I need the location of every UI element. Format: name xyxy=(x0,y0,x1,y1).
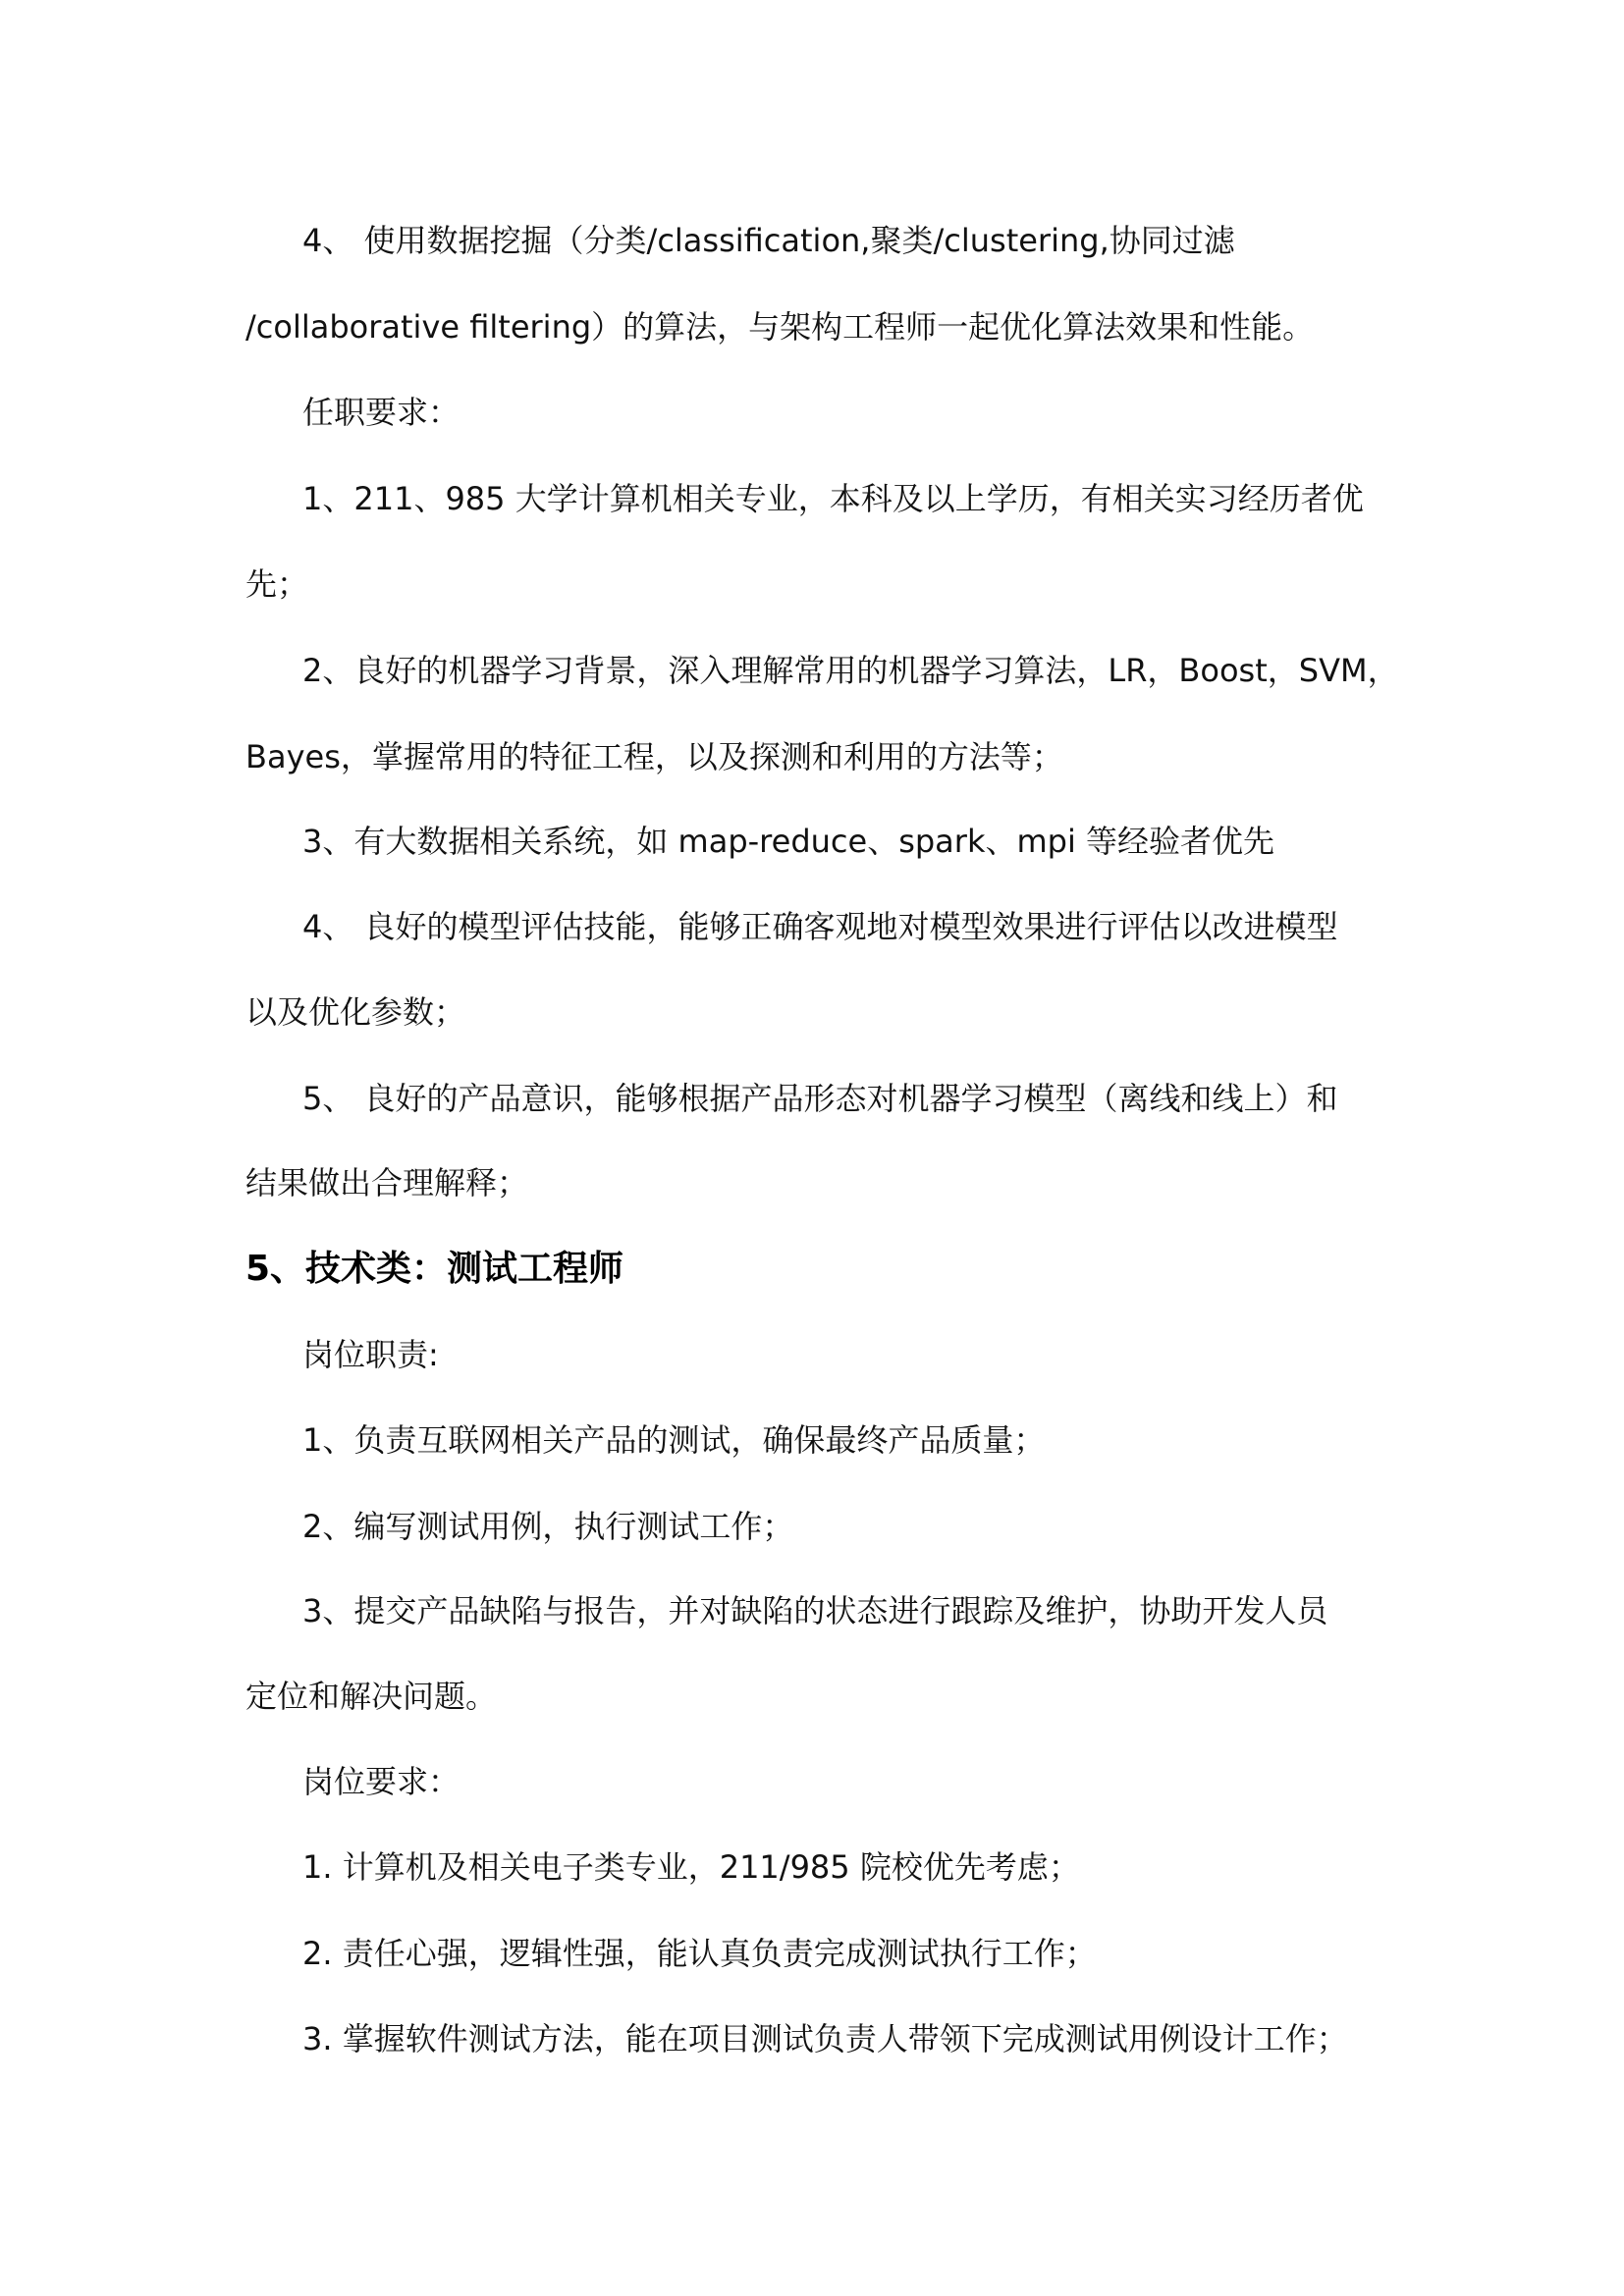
paragraph-line: 1、负责互联网相关产品的测试，确保最终产品质量； xyxy=(302,1397,1045,1483)
paragraph-line: 2、良好的机器学习背景，深入理解常用的机器学习算法，LR，Boost，SVM， xyxy=(302,627,1399,714)
paragraph-line: 结果做出合理解释； xyxy=(245,1140,528,1226)
paragraph-line: 以及优化参数； xyxy=(245,969,465,1055)
paragraph-line: 1、211、985 大学计算机相关专业，本科及以上学历，有相关实习经历者优 xyxy=(302,455,1364,542)
requirements-label: 任职要求： xyxy=(302,369,460,455)
paragraph-line: 2. 责任心强，逻辑性强，能认真负责完成测试执行工作； xyxy=(302,1910,1097,1997)
duties-label: 岗位职责: xyxy=(302,1311,439,1398)
paragraph-line: 1. 计算机及相关电子类专业，211/985 院校优先考虑； xyxy=(302,1824,1080,1910)
paragraph-line: 先； xyxy=(245,541,308,627)
paragraph-line: 3、有大数据相关系统，如 map-reduce、spark、mpi 等经验者优先 xyxy=(302,798,1274,884)
paragraph-line: 3、提交产品缺陷与报告，并对缺陷的状态进行跟踪及维护，协助开发人员 xyxy=(302,1568,1327,1654)
paragraph-line: 4、 使用数据挖掘（分类/classification,聚类/clusterin… xyxy=(302,197,1235,284)
paragraph-line: /collaborative filtering）的算法，与架构工程师一起优化算… xyxy=(245,284,1314,370)
paragraph-line: Bayes，掌握常用的特征工程，以及探测和利用的方法等； xyxy=(245,714,1063,800)
paragraph-line: 4、 良好的模型评估技能，能够正确客观地对模型效果进行评估以改进模型 xyxy=(302,883,1338,970)
section-heading: 5、技术类：测试工程师 xyxy=(245,1226,623,1312)
paragraph-line: 定位和解决问题。 xyxy=(245,1653,497,1739)
document-page: 4、 使用数据挖掘（分类/classification,聚类/clusterin… xyxy=(0,0,1624,2296)
paragraph-line: 3. 掌握软件测试方法，能在项目测试负责人带领下完成测试用例设计工作； xyxy=(302,1996,1348,2082)
paragraph-line: 5、 良好的产品意识，能够根据产品形态对机器学习模型（离线和线上）和 xyxy=(302,1055,1338,1142)
paragraph-line: 2、编写测试用例，执行测试工作； xyxy=(302,1483,793,1570)
job-requirements-label: 岗位要求： xyxy=(302,1738,460,1825)
